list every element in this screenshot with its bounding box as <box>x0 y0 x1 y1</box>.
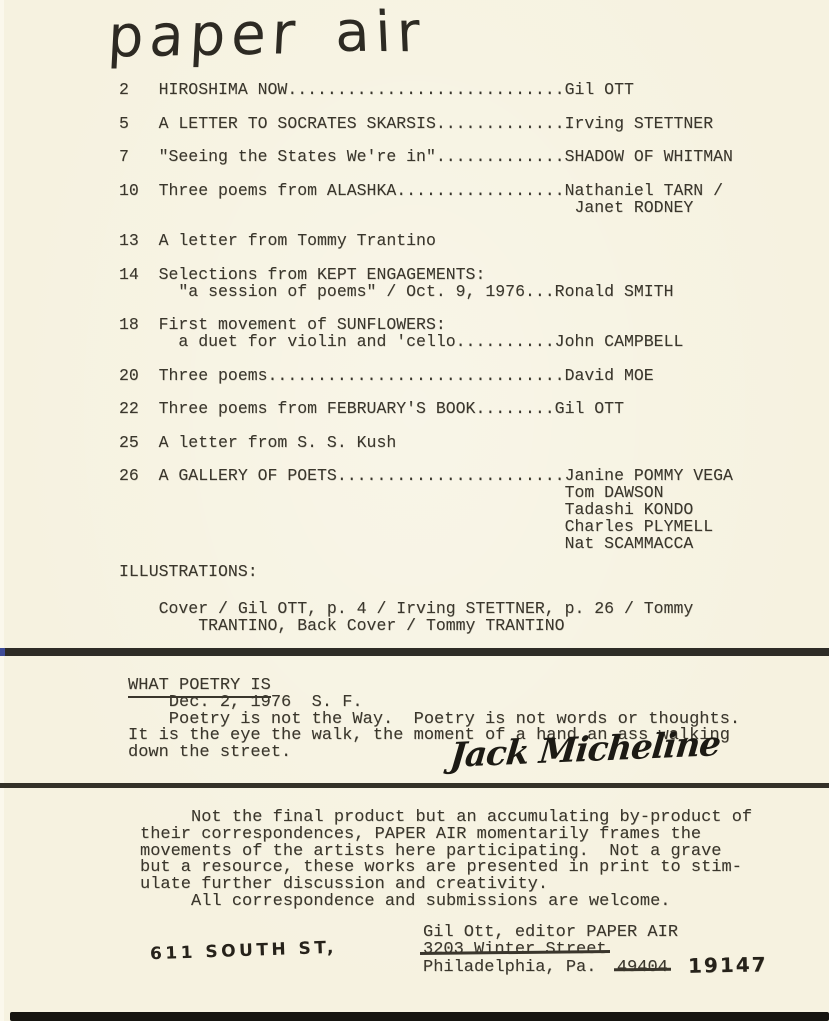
toc-entry: 2 HIROSHIMA NOW.........................… <box>119 82 733 99</box>
magazine-title: paperair <box>107 0 426 70</box>
handwritten-zip: 19147 <box>688 959 768 970</box>
toc-entry: 25 A letter from S. S. Kush <box>119 435 733 452</box>
toc-line: Charles PLYMELL <box>119 519 733 536</box>
magazine-title-word-air: air <box>333 0 427 65</box>
illustrations-line: TRANTINO, Back Cover / Tommy TRANTINO <box>119 618 693 635</box>
toc-line: 7 "Seeing the States We're in"..........… <box>119 149 733 166</box>
toc-line: 13 A letter from Tommy Trantino <box>119 233 733 250</box>
illustrations-heading: ILLUSTRATIONS: <box>119 564 693 581</box>
statement-line: All correspondence and submissions are w… <box>140 894 752 911</box>
toc-line: 25 A letter from S. S. Kush <box>119 435 733 452</box>
editor-address-block: Gil Ott, editor PAPER AIR 3203 Winter St… <box>423 925 768 976</box>
city-text: Philadelphia, Pa. <box>423 958 617 977</box>
city-line: Philadelphia, Pa. 49404 19147 <box>423 959 768 977</box>
divider-thin <box>0 783 829 788</box>
toc-entry: 22 Three poems from FEBRUARY'S BOOK.....… <box>119 401 733 418</box>
toc-line: 22 Three poems from FEBRUARY'S BOOK.....… <box>119 401 733 418</box>
toc-entry: 26 A GALLERY OF POETS...................… <box>119 468 733 552</box>
toc-line: Nat SCAMMACCA <box>119 536 733 553</box>
scanned-zine-page: paperair 2 HIROSHIMA NOW................… <box>0 0 829 1021</box>
toc-line: 5 A LETTER TO SOCRATES SKARSIS..........… <box>119 116 733 133</box>
bottom-scan-bar <box>10 1012 829 1021</box>
divider-thick <box>0 648 829 656</box>
toc-entry: 13 A letter from Tommy Trantino <box>119 233 733 250</box>
handwritten-street: 611 SOUTH ST, <box>150 938 338 965</box>
toc-line: "a session of poems" / Oct. 9, 1976...Ro… <box>119 284 733 301</box>
toc-entry: 14 Selections from KEPT ENGAGEMENTS: "a … <box>119 267 733 301</box>
toc-entry: 20 Three poems..........................… <box>119 368 733 385</box>
table-of-contents: 2 HIROSHIMA NOW.........................… <box>119 82 733 569</box>
toc-line: Janet RODNEY <box>119 200 733 217</box>
old-street-strikethrough: 3203 Winter Street <box>423 942 607 959</box>
divider-left-mark <box>0 648 5 656</box>
toc-line: a duet for violin and 'cello..........Jo… <box>119 334 733 351</box>
editorial-statement: Not the final product but an accumulatin… <box>140 810 752 911</box>
toc-line: 20 Three poems..........................… <box>119 368 733 385</box>
illustrations-section: ILLUSTRATIONS: Cover / Gil OTT, p. 4 / I… <box>119 564 693 634</box>
toc-entry: 7 "Seeing the States We're in"..........… <box>119 149 733 166</box>
toc-entry: 5 A LETTER TO SOCRATES SKARSIS..........… <box>119 116 733 133</box>
old-zip-strikethrough: 49404 <box>617 960 668 977</box>
toc-line: 2 HIROSHIMA NOW.........................… <box>119 82 733 99</box>
toc-entry: 18 First movement of SUNFLOWERS: a duet … <box>119 317 733 351</box>
toc-entry: 10 Three poems from ALASHKA.............… <box>119 183 733 217</box>
magazine-title-word-paper: paper <box>106 0 302 71</box>
